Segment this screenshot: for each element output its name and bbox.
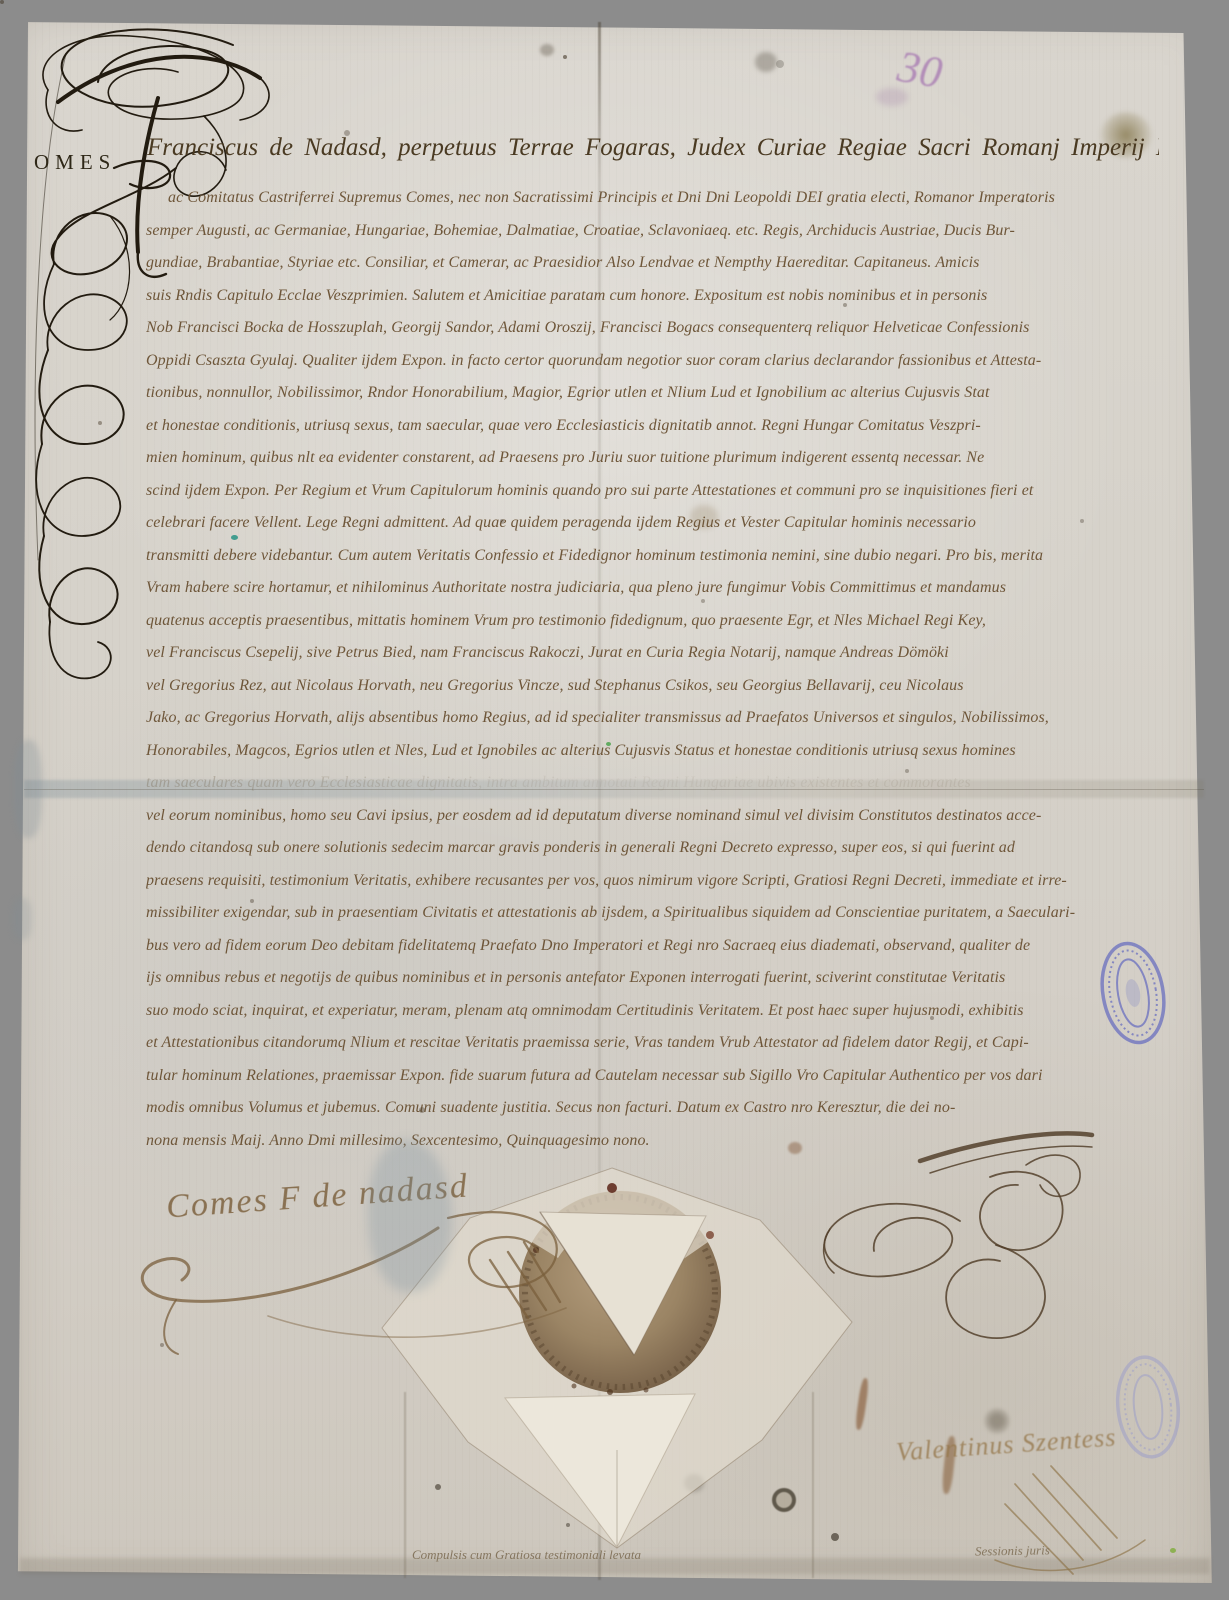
manuscript-line: celebrari facere Vellent. Lege Regni adm… bbox=[146, 507, 1162, 540]
manuscript-line: Honorabiles, Magcos, Egrios utlen et Nle… bbox=[146, 735, 1162, 768]
signature-left-flourish bbox=[118, 1168, 598, 1358]
manuscript-line: ijs omnibus rebus et negotijs de quibus … bbox=[146, 962, 1162, 995]
manuscript-line: et honestae conditionis, utriusq sexus, … bbox=[146, 410, 1162, 443]
manuscript-line: modis omnibus Volumus et jubemus. Comuni… bbox=[146, 1092, 1162, 1125]
manuscript-photo: OMES Franciscus de Nadasd, perpetuus Ter… bbox=[0, 0, 1229, 1600]
manuscript-line: mien hominum, quibus nlt ea evidenter co… bbox=[146, 442, 1162, 475]
manuscript-line: Nob Francisci Bocka de Hosszuplah, Georg… bbox=[146, 312, 1162, 345]
wax-spot bbox=[644, 1388, 649, 1393]
manuscript-line: Oppidi Csaszta Gyulaj. Qualiter ijdem Ex… bbox=[146, 345, 1162, 378]
manuscript-line: semper Augusti, ac Germaniae, Hungariae,… bbox=[146, 215, 1162, 248]
manuscript-line: transmitti debere videbantur. Cum autem … bbox=[146, 540, 1162, 573]
manuscript-line: praesens requisiti, testimonium Veritati… bbox=[146, 865, 1162, 898]
manuscript-line: suo modo sciat, inquirat, et experiatur,… bbox=[146, 995, 1162, 1028]
wax-spot bbox=[607, 1389, 613, 1395]
manuscript-line: vel Gregorius Rez, aut Nicolaus Horvath,… bbox=[146, 670, 1162, 703]
body-text-block: ac Comitatus Castriferrei Supremus Comes… bbox=[146, 182, 1162, 1157]
fly-specks bbox=[0, 0, 4, 4]
bottom-note-left: Compulsis cum Gratiosa testimoniali leva… bbox=[412, 1547, 641, 1563]
manuscript-line: tular hominum Relationes, praemissar Exp… bbox=[146, 1060, 1162, 1093]
manuscript-line: et Attestationibus citandorumq Nlium et … bbox=[146, 1027, 1162, 1060]
marginal-word: OMES bbox=[34, 150, 116, 175]
manuscript-line: quatenus acceptis praesentibus, mittatis… bbox=[146, 605, 1162, 638]
right-calligraphic-knot bbox=[800, 1125, 1100, 1350]
manuscript-line: Jako, ac Gregorius Horvath, alijs absent… bbox=[146, 702, 1162, 735]
wax-spot bbox=[706, 1231, 714, 1239]
opening-line: Franciscus de Nadasd, perpetuus Terrae F… bbox=[147, 134, 1159, 162]
manuscript-line: Vram habere scire hortamur, et nihilomin… bbox=[146, 572, 1162, 605]
manuscript-line: missibiliter exigendar, sub in praesenti… bbox=[146, 897, 1162, 930]
ink-ring-spot bbox=[772, 1488, 796, 1512]
wax-spot bbox=[572, 1384, 577, 1389]
manuscript-line: bus vero ad fidem eorum Deo debitam fide… bbox=[146, 930, 1162, 963]
wax-spot bbox=[607, 1183, 617, 1193]
manuscript-line: scind ijdem Expon. Per Regium et Vrum Ca… bbox=[146, 475, 1162, 508]
manuscript-line: dendo citandosq sub onere solutionis sed… bbox=[146, 832, 1162, 865]
manuscript-line: vel eorum nominibus, homo seu Cavi ipsiu… bbox=[146, 800, 1162, 833]
manuscript-line: tionibus, nonnullor, Nobilissimor, Rndor… bbox=[146, 377, 1162, 410]
manuscript-line: vel Franciscus Csepelij, sive Petrus Bie… bbox=[146, 637, 1162, 670]
oval-ink-stamp-lower bbox=[1091, 1337, 1204, 1477]
manuscript-line: ac Comitatus Castriferrei Supremus Comes… bbox=[146, 182, 1162, 215]
archival-number: 30 bbox=[894, 41, 946, 99]
bottom-note-right: Sessionis juris bbox=[975, 1542, 1050, 1559]
manuscript-line: gundiae, Brabantiae, Styriae etc. Consil… bbox=[146, 247, 1162, 280]
manuscript-line: suis Rndis Capitulo Ecclae Veszprimien. … bbox=[146, 280, 1162, 313]
manuscript-line-faded: tam saeculares quam vero Ecclesiasticae … bbox=[146, 767, 1162, 800]
